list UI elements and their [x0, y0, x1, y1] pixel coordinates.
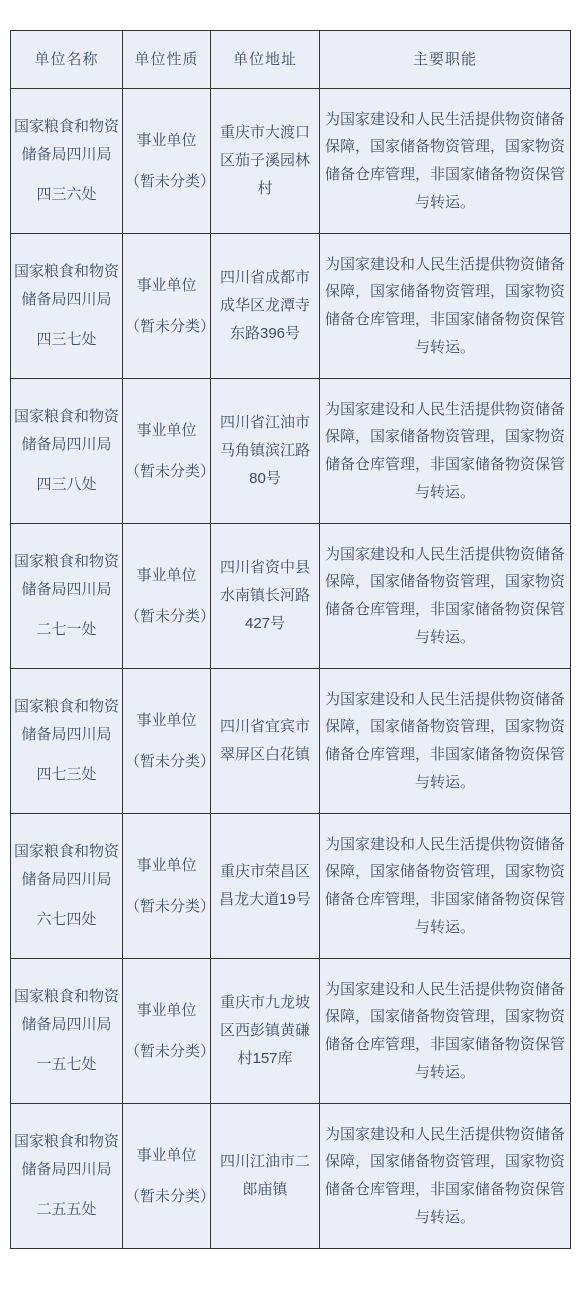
- table-row: 国家粮食和物资储备局四川局二五五处事业单位（暂未分类）四川江油市二郎庙镇为国家建…: [11, 1104, 571, 1249]
- cell-paragraph: 国家粮食和物资储备局四川局: [13, 548, 120, 604]
- cell-unit-nature: 事业单位（暂未分类）: [123, 379, 211, 524]
- cell-paragraph: （暂未分类）: [125, 748, 208, 776]
- cell-unit-address: 四川省宜宾市翠屏区白花镇: [211, 669, 320, 814]
- table-row: 国家粮食和物资储备局四川局四三七处事业单位（暂未分类）四川省成都市成华区龙潭寺东…: [11, 234, 571, 379]
- table-row: 国家粮食和物资储备局四川局二七一处事业单位（暂未分类）四川省资中县水南镇长河路4…: [11, 524, 571, 669]
- cell-paragraph: 重庆市大渡口区茄子溪园林村: [218, 119, 312, 202]
- cell-paragraph: 四川省成都市成华区龙潭寺东路396号: [218, 264, 312, 347]
- cell-paragraph: （暂未分类）: [125, 1183, 208, 1211]
- cell-unit-address: 重庆市荣昌区昌龙大道19号: [211, 814, 320, 959]
- cell-paragraph: （暂未分类）: [125, 168, 208, 196]
- cell-unit-name: 国家粮食和物资储备局四川局二七一处: [11, 524, 123, 669]
- cell-paragraph: 国家粮食和物资储备局四川局: [13, 1128, 120, 1184]
- cell-unit-address: 四川省江油市马角镇滨江路80号: [211, 379, 320, 524]
- table-row: 国家粮食和物资储备局四川局四三六处事业单位（暂未分类）重庆市大渡口区茄子溪园林村…: [11, 89, 571, 234]
- cell-unit-name: 国家粮食和物资储备局四川局四三七处: [11, 234, 123, 379]
- cell-paragraph: 四川省江油市马角镇滨江路80号: [218, 409, 312, 492]
- cell-paragraph: 国家粮食和物资储备局四川局: [13, 403, 120, 459]
- cell-paragraph: 为国家建设和人民生活提供物资储备保障，国家储备物资管理，国家物资储备仓库管理，非…: [325, 396, 565, 507]
- cell-main-functions: 为国家建设和人民生活提供物资储备保障，国家储备物资管理，国家物资储备仓库管理，非…: [320, 814, 571, 959]
- cell-unit-address: 重庆市大渡口区茄子溪园林村: [211, 89, 320, 234]
- cell-paragraph: 二七一处: [13, 616, 120, 644]
- header-main-functions: 主要职能: [320, 31, 571, 89]
- cell-unit-nature: 事业单位（暂未分类）: [123, 89, 211, 234]
- cell-main-functions: 为国家建设和人民生活提供物资储备保障，国家储备物资管理，国家物资储备仓库管理，非…: [320, 1104, 571, 1249]
- cell-paragraph: 为国家建设和人民生活提供物资储备保障，国家储备物资管理，国家物资储备仓库管理，非…: [325, 976, 565, 1087]
- cell-paragraph: （暂未分类）: [125, 1038, 208, 1066]
- cell-main-functions: 为国家建设和人民生活提供物资储备保障，国家储备物资管理，国家物资储备仓库管理，非…: [320, 89, 571, 234]
- cell-unit-nature: 事业单位（暂未分类）: [123, 814, 211, 959]
- table-row: 国家粮食和物资储备局四川局六七四处事业单位（暂未分类）重庆市荣昌区昌龙大道19号…: [11, 814, 571, 959]
- cell-main-functions: 为国家建设和人民生活提供物资储备保障，国家储备物资管理，国家物资储备仓库管理，非…: [320, 669, 571, 814]
- cell-paragraph: 事业单位: [125, 707, 208, 735]
- cell-paragraph: 事业单位: [125, 852, 208, 880]
- cell-paragraph: 四川江油市二郎庙镇: [218, 1148, 312, 1204]
- cell-paragraph: 四三八处: [13, 471, 120, 499]
- cell-paragraph: （暂未分类）: [125, 893, 208, 921]
- cell-paragraph: 一五七处: [13, 1051, 120, 1079]
- cell-paragraph: 为国家建设和人民生活提供物资储备保障，国家储备物资管理，国家物资储备仓库管理，非…: [325, 831, 565, 942]
- cell-main-functions: 为国家建设和人民生活提供物资储备保障，国家储备物资管理，国家物资储备仓库管理，非…: [320, 234, 571, 379]
- cell-unit-address: 四川江油市二郎庙镇: [211, 1104, 320, 1249]
- cell-unit-name: 国家粮食和物资储备局四川局四三八处: [11, 379, 123, 524]
- cell-paragraph: 为国家建设和人民生活提供物资储备保障，国家储备物资管理，国家物资储备仓库管理，非…: [325, 686, 565, 797]
- cell-main-functions: 为国家建设和人民生活提供物资储备保障，国家储备物资管理，国家物资储备仓库管理，非…: [320, 524, 571, 669]
- cell-paragraph: （暂未分类）: [125, 458, 208, 486]
- cell-unit-nature: 事业单位（暂未分类）: [123, 669, 211, 814]
- cell-paragraph: 国家粮食和物资储备局四川局: [13, 838, 120, 894]
- cell-paragraph: 事业单位: [125, 1142, 208, 1170]
- cell-paragraph: 国家粮食和物资储备局四川局: [13, 113, 120, 169]
- table-body: 国家粮食和物资储备局四川局四三六处事业单位（暂未分类）重庆市大渡口区茄子溪园林村…: [11, 89, 571, 1249]
- header-unit-nature: 单位性质: [123, 31, 211, 89]
- table-row: 国家粮食和物资储备局四川局一五七处事业单位（暂未分类）重庆市九龙坡区西彭镇黄磏村…: [11, 959, 571, 1104]
- cell-unit-address: 重庆市九龙坡区西彭镇黄磏村157库: [211, 959, 320, 1104]
- cell-paragraph: 为国家建设和人民生活提供物资储备保障，国家储备物资管理，国家物资储备仓库管理，非…: [325, 541, 565, 652]
- table-row: 国家粮食和物资储备局四川局四七三处事业单位（暂未分类）四川省宜宾市翠屏区白花镇为…: [11, 669, 571, 814]
- table-row: 国家粮食和物资储备局四川局四三八处事业单位（暂未分类）四川省江油市马角镇滨江路8…: [11, 379, 571, 524]
- cell-main-functions: 为国家建设和人民生活提供物资储备保障，国家储备物资管理，国家物资储备仓库管理，非…: [320, 959, 571, 1104]
- cell-paragraph: （暂未分类）: [125, 313, 208, 341]
- cell-unit-nature: 事业单位（暂未分类）: [123, 959, 211, 1104]
- cell-paragraph: 事业单位: [125, 562, 208, 590]
- header-unit-name: 单位名称: [11, 31, 123, 89]
- cell-unit-name: 国家粮食和物资储备局四川局四七三处: [11, 669, 123, 814]
- cell-paragraph: 事业单位: [125, 997, 208, 1025]
- cell-paragraph: 四三七处: [13, 326, 120, 354]
- cell-unit-address: 四川省成都市成华区龙潭寺东路396号: [211, 234, 320, 379]
- cell-unit-nature: 事业单位（暂未分类）: [123, 234, 211, 379]
- page: 单位名称 单位性质 单位地址 主要职能 国家粮食和物资储备局四川局四三六处事业单…: [0, 0, 580, 1316]
- cell-paragraph: 国家粮食和物资储备局四川局: [13, 258, 120, 314]
- cell-unit-name: 国家粮食和物资储备局四川局一五七处: [11, 959, 123, 1104]
- cell-paragraph: 国家粮食和物资储备局四川局: [13, 693, 120, 749]
- cell-paragraph: 为国家建设和人民生活提供物资储备保障，国家储备物资管理，国家物资储备仓库管理，非…: [325, 1121, 565, 1232]
- cell-unit-name: 国家粮食和物资储备局四川局六七四处: [11, 814, 123, 959]
- cell-paragraph: 重庆市九龙坡区西彭镇黄磏村157库: [218, 989, 312, 1072]
- header-unit-address: 单位地址: [211, 31, 320, 89]
- cell-paragraph: 四七三处: [13, 761, 120, 789]
- cell-paragraph: 为国家建设和人民生活提供物资储备保障，国家储备物资管理，国家物资储备仓库管理，非…: [325, 106, 565, 217]
- cell-main-functions: 为国家建设和人民生活提供物资储备保障，国家储备物资管理，国家物资储备仓库管理，非…: [320, 379, 571, 524]
- cell-paragraph: （暂未分类）: [125, 603, 208, 631]
- cell-paragraph: 四三六处: [13, 181, 120, 209]
- cell-unit-name: 国家粮食和物资储备局四川局四三六处: [11, 89, 123, 234]
- cell-paragraph: 六七四处: [13, 906, 120, 934]
- cell-unit-name: 国家粮食和物资储备局四川局二五五处: [11, 1104, 123, 1249]
- cell-paragraph: 二五五处: [13, 1196, 120, 1224]
- units-table: 单位名称 单位性质 单位地址 主要职能 国家粮食和物资储备局四川局四三六处事业单…: [10, 30, 571, 1249]
- cell-unit-nature: 事业单位（暂未分类）: [123, 1104, 211, 1249]
- cell-unit-address: 四川省资中县水南镇长河路427号: [211, 524, 320, 669]
- cell-unit-nature: 事业单位（暂未分类）: [123, 524, 211, 669]
- cell-paragraph: 事业单位: [125, 272, 208, 300]
- cell-paragraph: 事业单位: [125, 417, 208, 445]
- cell-paragraph: 四川省资中县水南镇长河路427号: [218, 554, 312, 637]
- cell-paragraph: 国家粮食和物资储备局四川局: [13, 983, 120, 1039]
- header-row: 单位名称 单位性质 单位地址 主要职能: [11, 31, 571, 89]
- cell-paragraph: 为国家建设和人民生活提供物资储备保障，国家储备物资管理，国家物资储备仓库管理，非…: [325, 251, 565, 362]
- cell-paragraph: 四川省宜宾市翠屏区白花镇: [218, 713, 312, 769]
- cell-paragraph: 事业单位: [125, 127, 208, 155]
- cell-paragraph: 重庆市荣昌区昌龙大道19号: [218, 858, 312, 914]
